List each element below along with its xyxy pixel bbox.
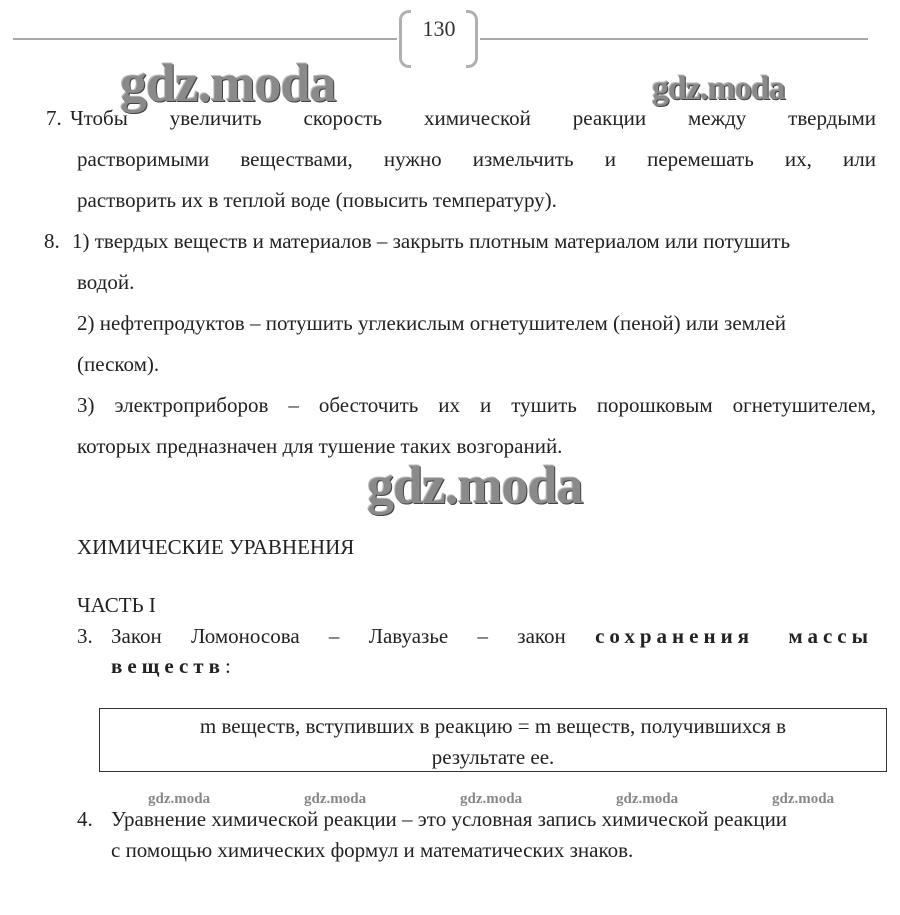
item-8-line: которых предназначен для тушение таких в… (77, 436, 562, 457)
watermark-logo: gdz.moda (367, 454, 583, 516)
watermark-logo: gdz.moda (120, 52, 336, 114)
item-7-line: растворить их в теплой воде (повысить те… (77, 190, 557, 211)
item-3-line: Закон Ломоносова – Лавуазье – закон сохр… (111, 626, 873, 647)
item-3-prefix: Закон Ломоносова – Лавуазье – закон (111, 624, 566, 648)
watermark-logo: gdz.moda (304, 791, 366, 808)
formula-box: m веществ, вступивших в реакцию = m веще… (99, 708, 887, 772)
watermark-logo: gdz.moda (148, 791, 210, 808)
item-8-line: (песком). (77, 354, 159, 375)
watermark-logo: gdz.moda (460, 791, 522, 808)
watermark-logo: gdz.moda (772, 791, 834, 808)
item-8-line: 2) нефтепродуктов – потушить углекислым … (77, 313, 786, 334)
item-4-number: 4. (77, 809, 93, 830)
formula-line: m веществ, вступивших в реакцию = m веще… (100, 711, 886, 742)
item-3-suffix: : (225, 654, 231, 678)
item-3-bold-term: веществ (111, 654, 225, 678)
item-8-line: 3) электроприборов – обесточить их и туш… (77, 395, 876, 416)
item-7-line: Чтобы увеличить скорость химической реак… (70, 108, 876, 129)
section-title: ХИМИЧЕСКИЕ УРАВНЕНИЯ (77, 537, 354, 558)
header-rule-left (13, 38, 397, 40)
item-8-line: 1) твердых веществ и материалов – закрыт… (72, 231, 790, 252)
watermark-logo: gdz.moda (616, 791, 678, 808)
item-8-number: 8. (44, 231, 60, 252)
item-3-bold-term: сохранения массы (595, 624, 873, 648)
watermark-logo: gdz.moda (652, 70, 785, 108)
item-7-line: растворимыми веществами, нужно измельчит… (77, 149, 876, 170)
header-rule-right (480, 38, 868, 40)
item-3-line-2: веществ: (111, 656, 231, 677)
item-4-line: с помощью химических формул и математиче… (111, 840, 633, 861)
item-8-line: водой. (77, 272, 134, 293)
item-4-line: Уравнение химической реакции – это услов… (111, 809, 787, 830)
formula-line: результате ее. (100, 742, 886, 773)
item-7-number: 7. (46, 108, 62, 129)
item-3-number: 3. (77, 626, 93, 647)
section-part: ЧАСТЬ I (77, 595, 156, 616)
page-number: 130 (410, 16, 468, 42)
